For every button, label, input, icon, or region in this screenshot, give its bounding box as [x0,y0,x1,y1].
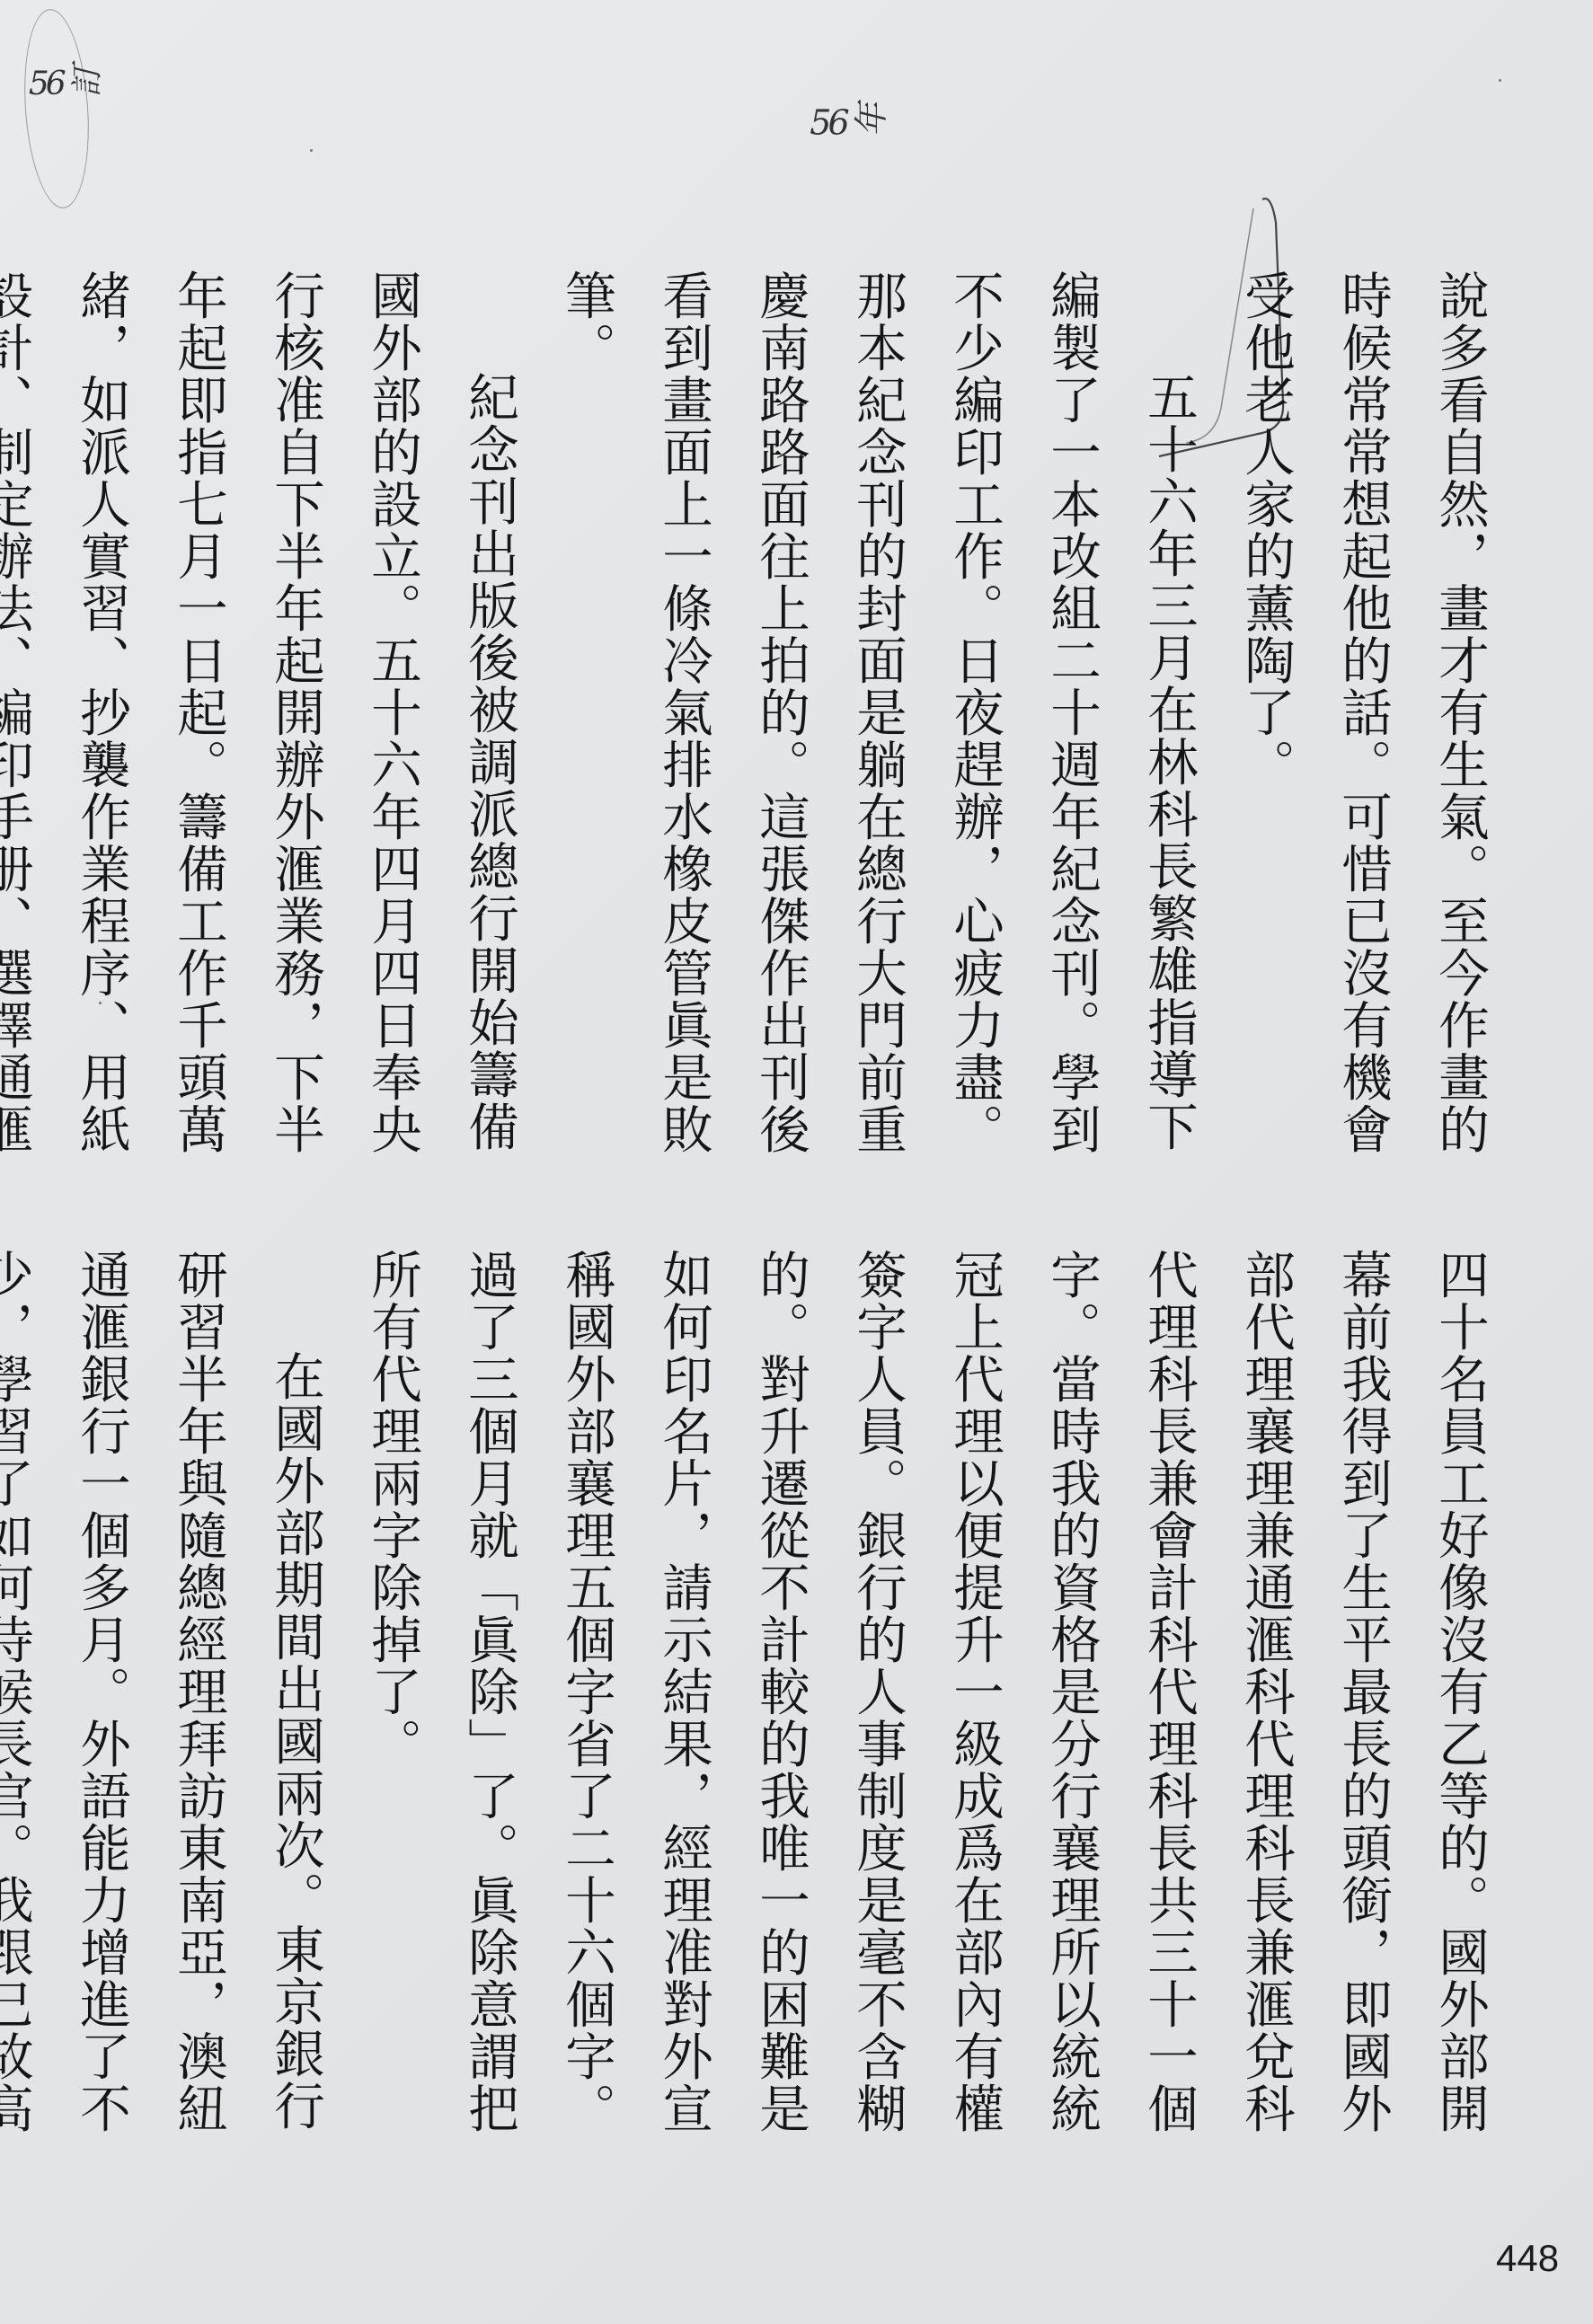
upper-text-block: 說多看自然，畫才有生氣。至今作畫的時候常常想起他的話。可惜已沒有機會受他老人家的… [70,270,1508,1168]
handwritten-top-note: 56 年 [810,98,883,147]
paragraph-2: 五十六年三月在林科長繁雄指導下編製了一本改組二十週年紀念刊。學到不少編印工作。日… [537,270,1217,1168]
scanned-page: 56 訂 56 年 說多看自然，畫才有生氣。至今作畫的時候常常想起他的話。可惜已… [0,0,1593,2324]
paragraph-5: 在國外部期間出國兩次。東京銀行研習半年與隨總經理拜訪東南亞，澳紐通滙銀行一個多月… [0,1249,343,2147]
paragraph-1: 說多看自然，畫才有生氣。至今作畫的時候常常想起他的話。可惜已沒有機會受他老人家的… [1217,270,1508,1168]
handwritten-circle-annotation [18,7,94,210]
handwritten-circled-note: 56 訂 [29,61,98,107]
lower-text-block: 四十名員工好像沒有乙等的。國外部開幕前我得到了生平最長的頭銜，即國外部代理襄理兼… [70,1249,1508,2147]
paragraph-4: 四十名員工好像沒有乙等的。國外部開幕前我得到了生平最長的頭銜，即國外部代理襄理兼… [343,1249,1508,2147]
paragraph-3: 紀念刊出版後被調派總行開始籌備國外部的設立。五十六年四月四日奉央行核准自下半年起… [0,270,537,1168]
scan-speck [99,1002,102,1004]
scan-speck [310,149,313,152]
scan-speck [1499,79,1501,82]
page-number: 448 [1496,2237,1559,2280]
scan-speck [1348,1114,1350,1117]
